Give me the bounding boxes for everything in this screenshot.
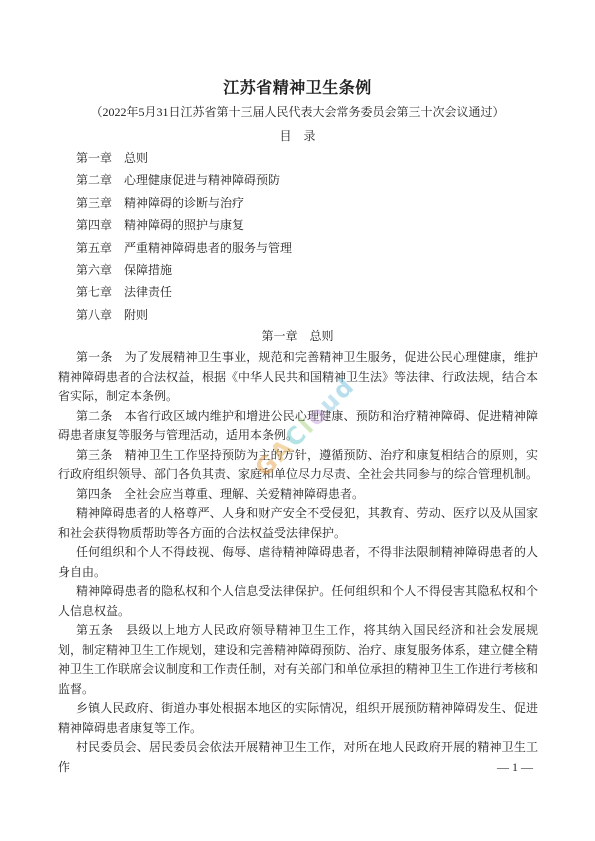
paragraph: 村民委员会、居民委员会依法开展精神卫生工作，对所在地人民政府开展的精神卫生工作 (58, 738, 538, 777)
toc-item: 第二章 心理健康促进与精神障碍预防 (76, 169, 292, 191)
paragraph: 任何组织和个人不得歧视、侮辱、虐待精神障碍患者，不得非法限制精神障碍患者的人身自… (58, 543, 538, 582)
toc-item: 第八章 附则 (76, 304, 292, 326)
toc-heading: 目 录 (0, 128, 595, 144)
paragraph: 第一条 为了发展精神卫生事业，规范和完善精神卫生服务，促进公民心理健康，维护精神… (58, 348, 538, 407)
toc-item: 第三章 精神障碍的诊断与治疗 (76, 192, 292, 214)
toc-item: 第四章 精神障碍的照护与康复 (76, 214, 292, 236)
paragraph: 精神障碍患者的隐私权和个人信息受法律保护。任何组织和个人不得侵害其隐私权和个人信… (58, 582, 538, 621)
toc-item: 第一章 总则 (76, 147, 292, 169)
document-body: 第一条 为了发展精神卫生事业，规范和完善精神卫生服务，促进公民心理健康，维护精神… (58, 348, 538, 777)
paragraph: 第四条 全社会应当尊重、理解、关爱精神障碍患者。 (58, 485, 538, 505)
paragraph: 第三条 精神卫生工作坚持预防为主的方针，遵循预防、治疗和康复相结合的原则，实行政… (58, 446, 538, 485)
paragraph: 第五条 县级以上地方人民政府领导精神卫生工作，将其纳入国民经济和社会发展规划，制… (58, 621, 538, 699)
paragraph: 精神障碍患者的人格尊严、人身和财产安全不受侵犯，其教育、劳动、医疗以及从国家和社… (58, 504, 538, 543)
paragraph: 乡镇人民政府、街道办事处根据本地区的实际情况，组织开展预防精神障碍发生、促进精神… (58, 699, 538, 738)
toc-item: 第五章 严重精神障碍患者的服务与管理 (76, 237, 292, 259)
toc-item: 第七章 法律责任 (76, 281, 292, 303)
document-page: 江苏省精神卫生条例 （2022年5月31日江苏省第十三届人民代表大会常务委员会第… (0, 0, 595, 841)
toc-item: 第六章 保障措施 (76, 259, 292, 281)
table-of-contents: 第一章 总则第二章 心理健康促进与精神障碍预防第三章 精神障碍的诊断与治疗第四章… (76, 147, 292, 326)
page-number: — 1 — (497, 760, 533, 775)
chapter-heading: 第一章 总则 (0, 328, 595, 344)
document-subtitle: （2022年5月31日江苏省第十三届人民代表大会常务委员会第三十次会议通过） (0, 104, 595, 120)
document-title: 江苏省精神卫生条例 (0, 75, 595, 98)
paragraph: 第二条 本省行政区域内维护和增进公民心理健康、预防和治疗精神障碍、促进精神障碍患… (58, 407, 538, 446)
